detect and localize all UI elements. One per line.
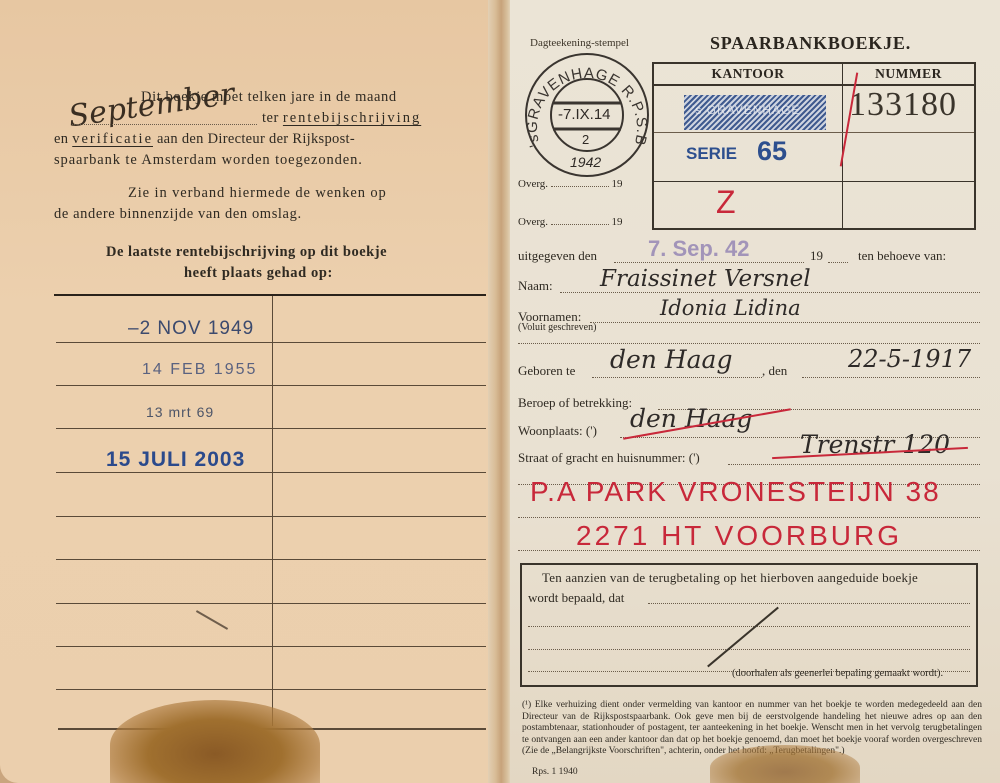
overg-year: 19: [612, 178, 623, 190]
heading-line-2: heeft plaats gehad op:: [184, 265, 333, 282]
instruction-line-1: Dit boekje moet telken jare in de maand: [141, 89, 397, 106]
instruction-line-4: spaarbank te Amsterdam worden toegezonde…: [54, 152, 363, 169]
ledger-row-rule: [56, 342, 486, 343]
instruction-line-3-suffix: aan den Directeur der Rijkspost-: [157, 131, 355, 147]
ledger-row-rule: [56, 516, 486, 517]
overg-label: Overg.: [518, 216, 548, 228]
ledger-row-rule: [56, 472, 486, 473]
table-row-rule: [654, 132, 974, 133]
account-table: KANTOOR NUMMER 's GRAVENHAGE SERIE 65 13…: [652, 62, 976, 230]
issued-date-stamp: 7. Sep. 42: [648, 236, 750, 262]
date-blank: [802, 377, 980, 378]
form-code: Rps. 1 1940: [532, 767, 578, 777]
water-stain: [710, 745, 860, 783]
repayment-blank: [528, 649, 970, 650]
repayment-strikethrough: [707, 607, 779, 668]
naam-value: Fraissinet Versnel: [600, 266, 811, 292]
repayment-line-1: Ten aanzien van de terugbetaling op het …: [542, 570, 918, 586]
stamp-label: Dagteekening-stempel: [530, 37, 629, 49]
new-address-line-1: P.A PARK VRONESTEIJN 38: [530, 476, 941, 508]
overg-row-1: Overg. 19: [518, 178, 623, 190]
issued-label: uitgegeven den: [518, 248, 597, 264]
interest-date-2: 14 FEB 1955: [142, 361, 257, 379]
ledger-row-rule: [56, 646, 486, 647]
underlined-rentebijschrijving: rentebijschrijving: [283, 110, 421, 126]
postmark-year: 1942: [570, 154, 601, 170]
ledger-row-rule: [56, 689, 486, 690]
document-title: SPAARBANKBOEKJE.: [710, 33, 911, 54]
ledger-column-divider: [272, 296, 273, 726]
ledger-row-rule: [56, 559, 486, 560]
instruction-ter: ter: [262, 110, 279, 126]
water-stain: [110, 700, 320, 783]
voornamen-sub: (Voluit geschreven): [518, 322, 596, 333]
instruction-en: en: [54, 131, 68, 147]
ledger-row-rule: [56, 385, 486, 386]
header-nummer: NUMMER: [843, 64, 974, 86]
header-kantoor: KANTOOR: [654, 64, 843, 86]
serie-label: SERIE: [686, 144, 737, 164]
issued-year-blank: [828, 262, 848, 263]
overg-label: Overg.: [518, 178, 548, 190]
left-page: September Dit boekje moet telken jare in…: [0, 0, 490, 783]
straat-label: Straat of gracht en huisnummer: ('): [518, 450, 700, 466]
geboren-date: 22-5-1917: [848, 345, 971, 373]
den-label: , den: [762, 363, 787, 379]
geboren-label: Geboren te: [518, 363, 575, 379]
postmark-stamp: 'sGRAVENHAGE R.P.S.B. -7.IX.14 2 1942: [522, 50, 652, 180]
naam-blank: [560, 292, 980, 293]
postmark-sub: 2: [582, 132, 589, 147]
note-line-2: de andere binnenzijde van den omslag.: [54, 206, 302, 223]
heading-line-1: De laatste rentebijschrijving op dit boe…: [106, 244, 387, 261]
voornamen-blank: [590, 322, 980, 323]
blank-line: [518, 343, 980, 344]
ledger-top-rule: [54, 294, 486, 296]
kantoor-stamp: 's GRAVENHAGE: [684, 95, 826, 130]
issued-year: 19: [810, 248, 823, 264]
on-behalf-label: ten behoeve van:: [858, 248, 946, 264]
underlined-verificatie: verificatie: [72, 131, 153, 147]
serie-number: 65: [757, 136, 787, 167]
overg-year: 19: [612, 216, 623, 228]
repayment-blank: [528, 626, 970, 627]
month-blank-line: [72, 124, 257, 125]
issued-blank: [614, 262, 804, 263]
kantoor-stamp-text: 's GRAVENHAGE: [692, 103, 800, 117]
ledger-row-rule: [56, 428, 486, 429]
voornamen-value: Idonia Lidina: [660, 296, 801, 320]
ledger-row-rule: [56, 603, 486, 604]
geboren-place: den Haag: [610, 345, 732, 374]
overg-blank: [551, 224, 609, 225]
new-address-line-2: 2271 HT VOORBURG: [576, 520, 902, 552]
straat-blank: [728, 464, 980, 465]
blank-line: [518, 517, 980, 518]
woonplaats-label: Woonplaats: ('): [518, 423, 597, 439]
postmark-date: -7.IX.14: [558, 106, 611, 123]
interest-date-4: 15 JULI 2003: [106, 448, 245, 472]
book-spine: [488, 0, 512, 783]
interest-date-3: 13 mrt 69: [146, 404, 214, 420]
instruction-line-3: en verificatie aan den Directeur der Rij…: [54, 131, 355, 148]
handwritten-z: Z: [716, 184, 736, 221]
interest-date-1: –2 NOV 1949: [128, 318, 254, 340]
account-number: 133180: [849, 86, 957, 124]
repayment-blank: [648, 603, 970, 604]
overg-row-2: Overg. 19: [518, 216, 623, 228]
overg-blank: [551, 186, 609, 187]
repayment-note: (doorhalen als geenerlei bepaling gemaak…: [732, 668, 943, 679]
instruction-line-2: ter rentebijschrijving: [262, 110, 421, 127]
repayment-line-2: wordt bepaald, dat: [528, 590, 624, 606]
table-row-rule: [654, 181, 974, 182]
repayment-box: Ten aanzien van de terugbetaling op het …: [520, 563, 978, 687]
right-page: Dagteekening-stempel SPAARBANKBOEKJE. 's…: [510, 0, 1000, 783]
ink-speck: [196, 610, 228, 630]
naam-label: Naam:: [518, 278, 553, 294]
beroep-label: Beroep of betrekking:: [518, 395, 632, 411]
note-line-1: Zie in verband hiermede de wenken op: [128, 185, 387, 202]
geboren-blank: [592, 377, 762, 378]
